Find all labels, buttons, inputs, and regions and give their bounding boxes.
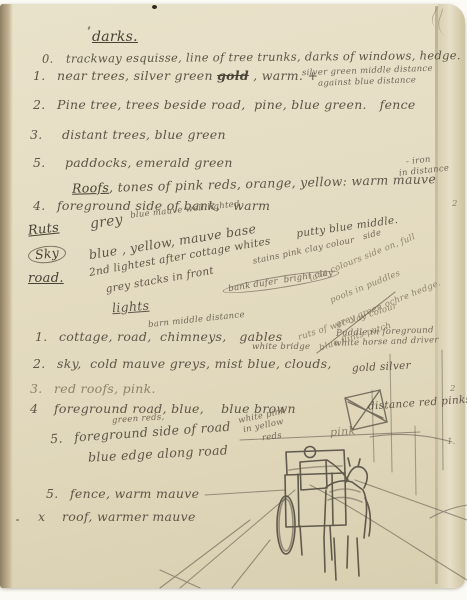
darks-item-1: 1.near trees, silver green gold , warm. … bbox=[33, 69, 318, 83]
bottom-item-fence: 5.fence, warm mauve bbox=[46, 487, 199, 501]
item-text: paddocks, emerald green bbox=[65, 155, 233, 170]
item-text: roof, warmer mauve bbox=[62, 509, 196, 524]
lights-label: lights bbox=[112, 299, 150, 315]
item-number: x bbox=[38, 510, 62, 524]
pencil-dot bbox=[16, 519, 19, 521]
item-text: near trees, silver green bbox=[57, 68, 217, 83]
item-number: 1. bbox=[33, 69, 57, 83]
darks-item-5: 5.paddocks, emerald green bbox=[33, 156, 233, 170]
binding-edge bbox=[0, 4, 13, 588]
item-number: 4. bbox=[33, 199, 57, 213]
item-number: 1. bbox=[35, 330, 59, 344]
item-text: red roofs, pink. bbox=[54, 381, 156, 396]
bottom-item-roof: xroof, warmer mauve bbox=[38, 510, 196, 524]
struck-word: gold bbox=[217, 68, 249, 83]
margin-mark: 2 bbox=[452, 200, 458, 209]
item-number: 2. bbox=[33, 98, 57, 112]
paper-speck bbox=[152, 5, 157, 9]
darks-item-2: 2.Pine tree, trees beside road, pine, bl… bbox=[33, 98, 416, 112]
item-text: Pine tree, trees beside road, pine, blue… bbox=[57, 97, 416, 112]
item-number: 3. bbox=[30, 128, 62, 142]
item-number: 5. bbox=[50, 431, 75, 446]
item-number: 5. bbox=[46, 487, 70, 501]
page-title: darks. bbox=[92, 30, 138, 45]
item-number: 0. bbox=[42, 53, 66, 66]
item-text: distant trees, blue green bbox=[62, 127, 226, 142]
road-label: road. bbox=[28, 272, 64, 286]
cart-sketch bbox=[180, 340, 467, 588]
darks-item-3: 3.distant trees, blue green bbox=[30, 128, 226, 142]
scanned-notebook-photo: { "header": { "title": "darks." }, "dark… bbox=[0, 0, 467, 600]
lights-item-3: 3.red roofs, pink. bbox=[30, 382, 156, 396]
roofs-label: Roofs bbox=[72, 180, 109, 196]
item-number: 4 bbox=[30, 402, 54, 416]
item-number: 5. bbox=[33, 156, 65, 170]
item-number: 2. bbox=[33, 357, 57, 371]
item-number: 3. bbox=[30, 382, 54, 396]
